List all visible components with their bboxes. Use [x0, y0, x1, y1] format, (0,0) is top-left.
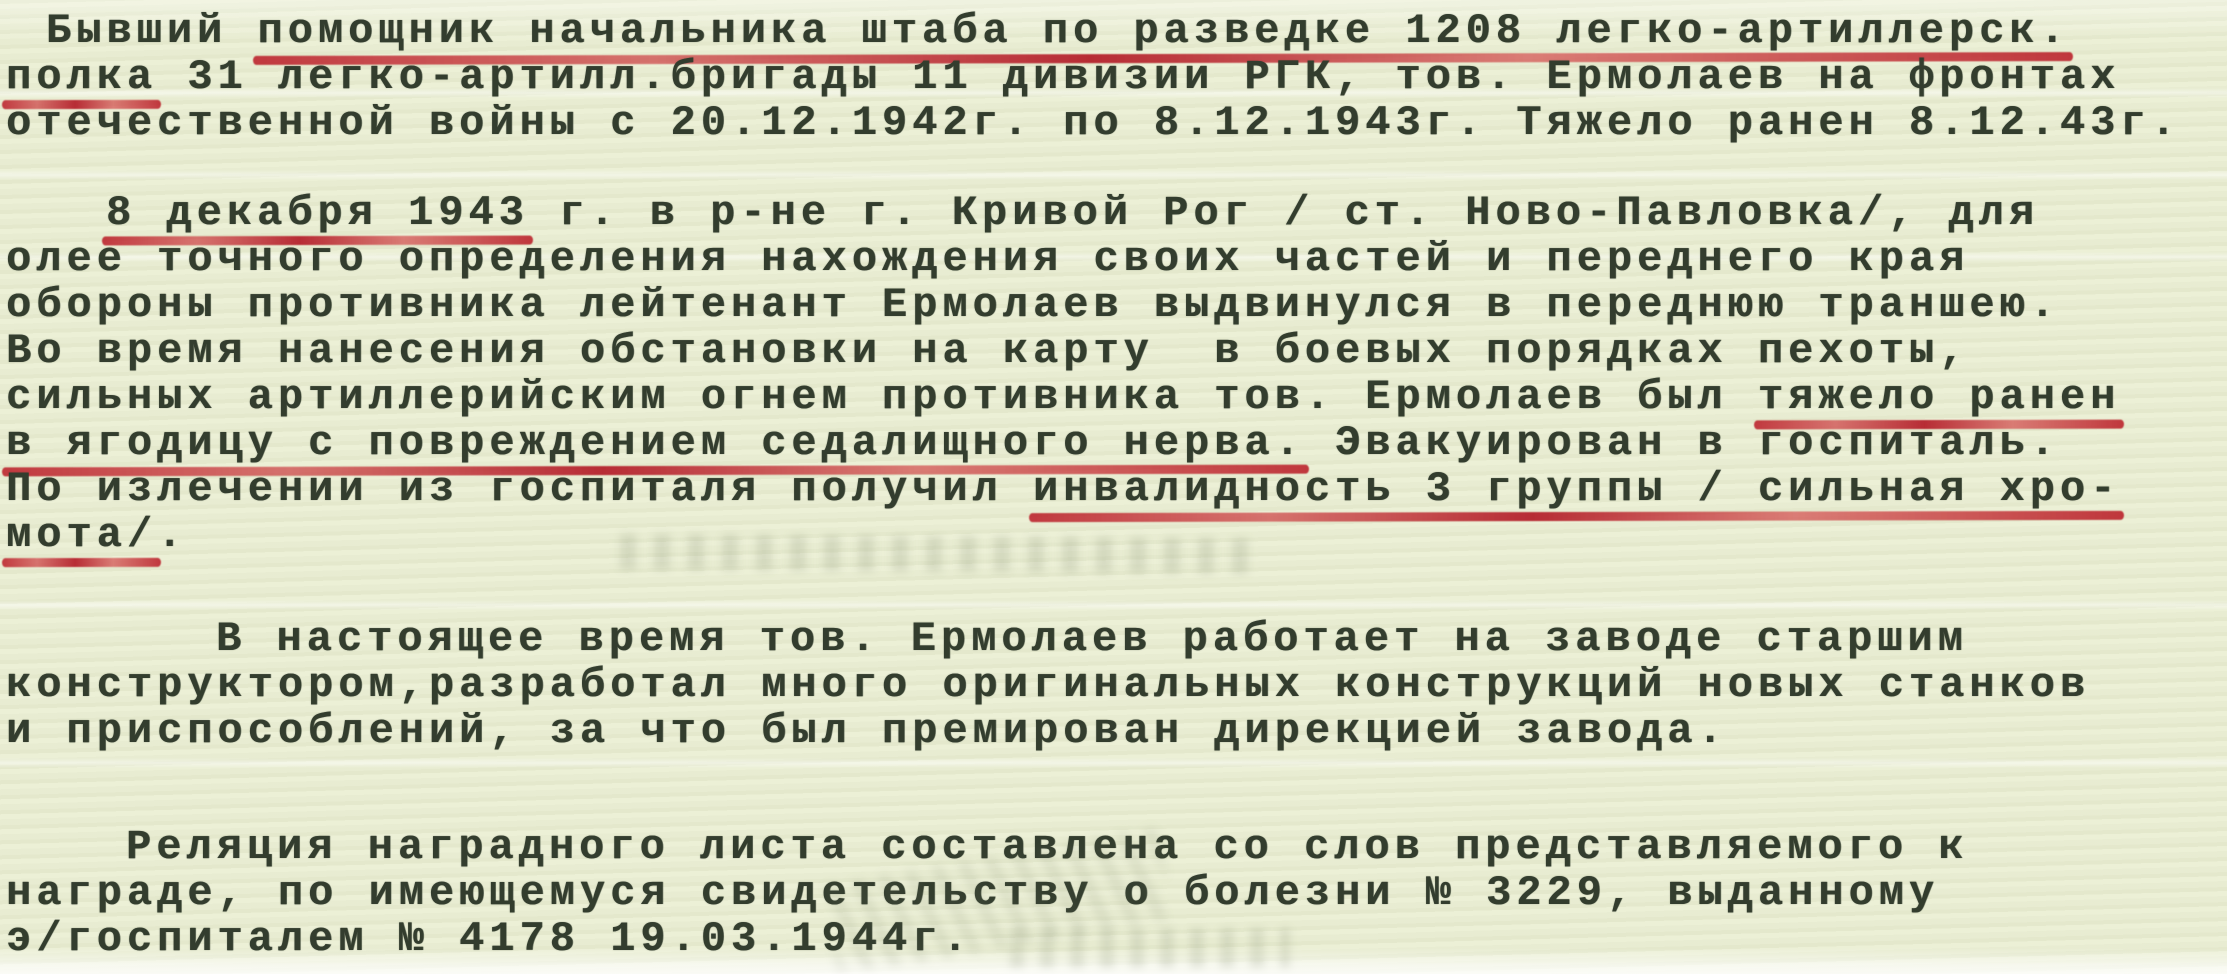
red-underlined-text: в ягодицу с повреждением седалищного нер… [6, 419, 1305, 467]
red-underlined-text: помощник начальника штаба по разведке 12… [257, 7, 2069, 55]
paragraph-relation-note: Реляция наградного листа составлена со с… [6, 824, 2227, 962]
text-segment: Во время нанесения обстановки на карту в… [6, 327, 1969, 375]
text-segment: э/госпиталем № 4178 19.03.1944г. [6, 915, 973, 963]
text-line: э/госпиталем № 4178 19.03.1944г. [6, 916, 2227, 962]
scan-streak [0, 170, 2227, 180]
text-line: Бывший помощник начальника штаба по разв… [6, 8, 2227, 54]
scanned-document-page: Бывший помощник начальника штаба по разв… [0, 0, 2227, 974]
paragraph-wounding-account: 8 декабря 1943 г. в р-не г. Кривой Рог /… [6, 190, 2227, 558]
text-line: Во время нанесения обстановки на карту в… [6, 328, 2227, 374]
text-line: награде, по имеющемуся свидетельству о б… [6, 870, 2227, 916]
scan-streak [0, 758, 2227, 768]
text-segment: г. в р-не г. Кривой Рог / ст. Ново-Павло… [529, 189, 2039, 237]
text-line: олее точного определения нахождения свои… [6, 236, 2227, 282]
text-line: сильных артиллерийским огнем противника … [6, 374, 2227, 420]
red-underlined-text: полка [6, 53, 157, 101]
text-segment: конструктором,разработал много оригиналь… [6, 661, 2090, 709]
text-line: Реляция наградного листа составлена со с… [6, 824, 2227, 870]
text-segment: Бывший [46, 7, 257, 55]
red-underlined-text: инвалидность 3 группы / сильная хро- [1033, 465, 2120, 513]
text-segment: обороны противника лейтенант Ермолаев вы… [6, 281, 2060, 329]
red-underlined-text: мота/ [6, 511, 157, 559]
scan-streak [0, 600, 2227, 610]
text-line: В настоящее время тов. Ермолаев работает… [6, 616, 2227, 662]
paragraph-current-work: В настоящее время тов. Ермолаев работает… [6, 616, 2227, 754]
paper-bottom-edge [0, 962, 2227, 974]
text-segment: и приспособлений, за что был премирован … [6, 707, 1728, 755]
text-line: По излечении из госпиталя получил инвали… [6, 466, 2227, 512]
text-segment: сильных артиллерийским огнем противника … [6, 373, 1758, 421]
text-line: отечественной войны с 20.12.1942г. по 8.… [6, 100, 2227, 146]
text-segment: Реляция наградного листа составлена со с… [126, 823, 1968, 871]
text-segment: По излечении из госпиталя получил [6, 465, 1033, 513]
text-segment: награде, по имеющемуся свидетельству о б… [6, 869, 1939, 917]
red-underlined-text: 8 декабря 1943 [106, 189, 529, 237]
text-line: 8 декабря 1943 г. в р-не г. Кривой Рог /… [6, 190, 2227, 236]
text-line: в ягодицу с повреждением седалищного нер… [6, 420, 2227, 466]
text-segment: Эвакуирован в госпиталь. [1305, 419, 2060, 467]
text-line: полка 31 легко-артилл.бригады 11 дивизии… [6, 54, 2227, 100]
text-segment: . [157, 511, 187, 559]
text-segment: 31 легко-артилл.бригады 11 дивизии РГК, … [157, 53, 2120, 101]
text-segment: отечественной войны с 20.12.1942г. по 8.… [6, 99, 2181, 147]
text-line: и приспособлений, за что был премирован … [6, 708, 2227, 754]
paragraph-service-record: Бывший помощник начальника штаба по разв… [6, 8, 2227, 146]
red-underlined-text: тяжело ранен [1758, 373, 2120, 421]
text-line: обороны противника лейтенант Ермолаев вы… [6, 282, 2227, 328]
text-segment: олее точного определения нахождения свои… [6, 235, 1969, 283]
text-line: конструктором,разработал много оригиналь… [6, 662, 2227, 708]
text-line: мота/. [6, 512, 2227, 558]
text-segment: В настоящее время тов. Ермолаев работает… [216, 615, 1968, 663]
